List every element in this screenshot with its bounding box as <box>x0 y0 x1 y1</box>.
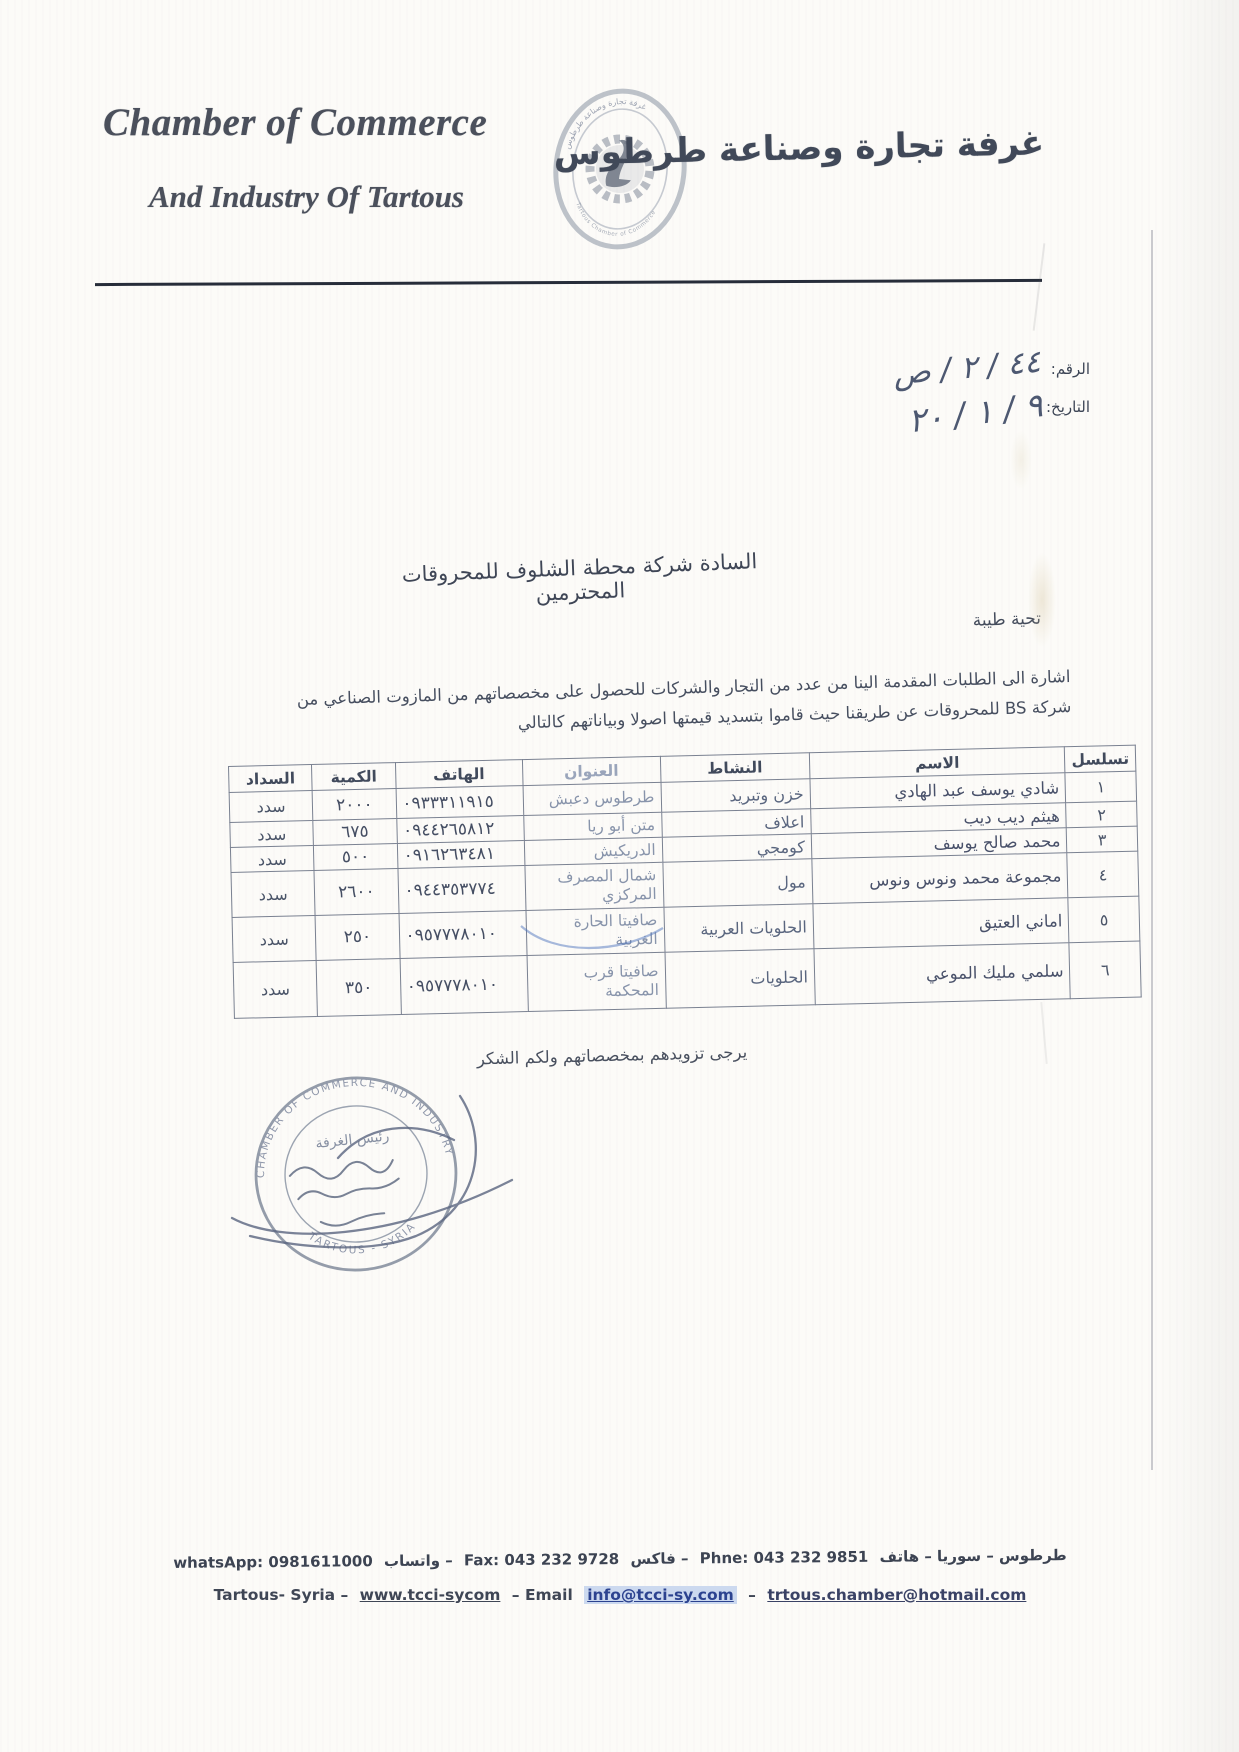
reference-block: الرقم: ٤٤ / ٢ / ص التاريخ: ٩ / ١ / ٢٠ <box>752 350 1090 429</box>
body-paragraph: اشارة الى الطلبات المقدمة الينا من عدد م… <box>228 662 1071 747</box>
cell-activity: خزن وتبريد <box>661 779 811 813</box>
scan-artifact-edge-shade <box>1158 0 1239 1752</box>
cell-serial: ٢ <box>1066 801 1137 828</box>
stamp-inner-handwriting <box>289 1158 403 1230</box>
cell-payment: سدد <box>233 960 318 1018</box>
reference-number-row: الرقم: ٤٤ / ٢ / ص <box>752 350 1090 386</box>
footer-fax-label: – فاكس <box>630 1549 688 1568</box>
cell-quantity: ٢٠٠٠ <box>312 789 396 821</box>
svg-text:CHAMBER OF COMMERCE AND INDUST: CHAMBER OF COMMERCE AND INDUSTRY <box>246 1067 456 1179</box>
header-divider-rule <box>95 279 1042 286</box>
paper-stain <box>1010 430 1032 490</box>
cell-activity: الحلويات <box>665 949 816 1009</box>
header-title-en-line1: Chamber of Commerce <box>103 100 487 145</box>
footer-fax-number: Fax: 043 232 9728 <box>464 1550 619 1569</box>
col-header-activity: النشاط <box>660 753 810 783</box>
cell-address: الدريكيش <box>524 837 662 865</box>
cell-name: اماني العتيق <box>813 898 1070 949</box>
footer-tartous-syria: Tartous- Syria – <box>214 1586 349 1604</box>
ref-number-label: الرقم: <box>1051 350 1090 378</box>
footer-dash: – <box>748 1586 756 1604</box>
footer-email-info: info@tcci-sy.com <box>584 1586 737 1604</box>
footer-website: www.tcci-sycom <box>360 1586 501 1604</box>
greeting-line: تحية طيبة <box>893 609 1042 634</box>
document-page: Chamber of Commerce And Industry Of Tart… <box>0 0 1239 1752</box>
footer-contact-line: طرطوس – سوريا – هاتف Phne: 043 232 9851 … <box>170 1546 1070 1572</box>
cell-name: سلمي مليك الموعي <box>814 943 1071 1005</box>
footer-phone-number: Phne: 043 232 9851 <box>700 1548 869 1567</box>
cell-serial: ١ <box>1065 771 1136 803</box>
official-stamp: CHAMBER OF COMMERCE AND INDUSTRY TARTOUS… <box>218 1066 528 1301</box>
cell-phone: ٠٩٥٧٧٧٨٠١٠ <box>399 911 527 959</box>
cell-address: طرطوس دعبش <box>523 782 662 815</box>
footer-city-phone-label: طرطوس – سوريا – هاتف <box>879 1546 1066 1566</box>
cell-phone: ٠٩٤٤٢٦٥٨١٢ <box>396 816 524 844</box>
footer-email-label: – Email <box>512 1586 573 1604</box>
cell-activity: الحلويات العربية <box>663 904 813 953</box>
header-title-en: Chamber of Commerce And Industry Of Tart… <box>103 100 487 215</box>
scan-artifact-crease <box>1040 1002 1047 1064</box>
cell-payment: سدد <box>230 846 314 873</box>
cell-activity: كومجي <box>662 834 812 863</box>
ref-number-handwritten: ٤٤ / ٢ / ص <box>892 344 1042 393</box>
paper-stain <box>1028 552 1056 648</box>
cell-phone: ٠٩٤٤٣٥٣٧٧٤ <box>397 866 525 914</box>
cell-serial: ٥ <box>1068 896 1140 943</box>
cell-address: متن أبو ريا <box>523 812 661 840</box>
cell-serial: ٤ <box>1067 851 1139 898</box>
footer-web-line: Tartous- Syria – www.tcci-sycom – Email … <box>170 1586 1070 1604</box>
cell-payment: سدد <box>230 821 314 848</box>
cell-activity: مول <box>662 859 812 908</box>
cell-phone: ٠٩١٦٢٦٣٤٨١ <box>397 841 525 869</box>
cell-quantity: ٥٠٠ <box>314 844 398 871</box>
stamp-ring-text-top: CHAMBER OF COMMERCE AND INDUSTRY <box>246 1067 456 1179</box>
header-title-ar: غرفة تجارة وصناعة طرطوس <box>688 123 1045 170</box>
cell-phone: ٠٩٥٧٧٧٨٠١٠ <box>400 956 528 1015</box>
col-header-quantity: الكمية <box>312 763 396 791</box>
cell-address: شمال المصرف المركزي <box>525 862 664 910</box>
addressee-line: السادة شركة محطة الشلوف للمحروقات المحتر… <box>359 548 801 613</box>
reference-date-row: التاريخ: ٩ / ١ / ٢٠ <box>752 388 1090 427</box>
col-header-address: العنوان <box>522 756 660 785</box>
cell-name: مجموعة محمد ونوس ونوس <box>812 853 1069 904</box>
cell-quantity: ٣٥٠ <box>316 959 400 1017</box>
cell-payment: سدد <box>231 870 315 917</box>
footer-email-chamber: trtous.chamber@hotmail.com <box>767 1586 1026 1604</box>
ref-date-label: التاريخ: <box>1046 388 1090 416</box>
col-header-serial: تسلسل <box>1065 745 1136 773</box>
cell-payment: سدد <box>232 915 316 962</box>
scan-artifact-crease <box>1033 243 1046 331</box>
cell-phone: ٠٩٣٣٣١١٩١٥ <box>396 786 524 819</box>
allocations-table: تسلسل الاسم النشاط العنوان الهاتف الكمية… <box>228 745 1142 1019</box>
col-header-payment: السداد <box>229 765 313 793</box>
cell-payment: سدد <box>229 791 313 823</box>
cell-quantity: ٦٧٥ <box>313 819 397 846</box>
cell-quantity: ٢٥٠ <box>315 914 399 961</box>
cell-quantity: ٢٦٠٠ <box>314 869 398 916</box>
header-title-en-line2: And Industry Of Tartous <box>149 179 487 215</box>
cell-activity: اعلاف <box>661 809 811 838</box>
cell-serial: ٦ <box>1069 941 1141 999</box>
footer-whatsapp-number: whatsApp: 0981611000 <box>173 1552 373 1572</box>
scan-artifact-edge-line <box>1151 230 1153 1470</box>
footer-whatsapp-label: – واتساب <box>384 1551 453 1570</box>
col-header-phone: الهاتف <box>395 760 523 789</box>
blue-pen-mark <box>515 918 670 962</box>
cell-serial: ٣ <box>1067 826 1138 853</box>
allocations-table-wrap: تسلسل الاسم النشاط العنوان الهاتف الكمية… <box>228 745 1142 1019</box>
